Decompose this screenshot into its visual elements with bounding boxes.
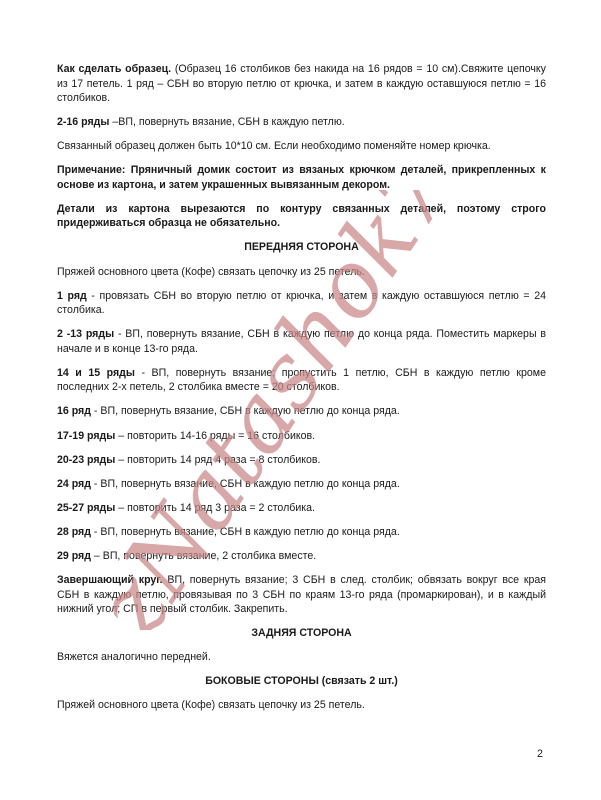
row-lead: 24 ряд bbox=[57, 478, 91, 490]
front-row: 28 ряд - ВП, повернуть вязание, СБН в ка… bbox=[57, 525, 546, 540]
front-row: 2 -13 ряды - ВП, повернуть вязание, СБН … bbox=[57, 327, 546, 356]
row-lead: 20-23 ряды bbox=[57, 454, 115, 466]
back-section-text: Вяжется аналогично передней. bbox=[57, 650, 546, 665]
row-lead: 17-19 ряды bbox=[57, 430, 115, 442]
row-lead: Завершающий круг. bbox=[57, 574, 163, 586]
row-text: - ВП, повернуть вязание, СБН в каждую пе… bbox=[57, 328, 546, 355]
page-number: 2 bbox=[537, 747, 543, 762]
front-row: 25-27 ряды – повторить 14 ряд 3 раза = 2… bbox=[57, 501, 546, 516]
row-text: – повторить 14 ряд 4 раза = 8 столбиков. bbox=[115, 454, 320, 466]
row-lead: 2 -13 ряды bbox=[57, 328, 114, 340]
row-lead: 25-27 ряды bbox=[57, 502, 115, 514]
rows-2-16-text: –ВП, повернуть вязание, СБН в каждую пет… bbox=[109, 116, 344, 128]
front-row: 29 ряд – ВП, повернуть вязание, 2 столби… bbox=[57, 549, 546, 564]
front-row: 20-23 ряды – повторить 14 ряд 4 раза = 8… bbox=[57, 453, 546, 468]
rows-2-16-lead: 2-16 ряды bbox=[57, 116, 109, 128]
row-lead: 16 ряд bbox=[57, 405, 91, 417]
front-row: 24 ряд - ВП, повернуть вязание, СБН в ка… bbox=[57, 477, 546, 492]
note-paragraph: Примечание: Пряничный домик состоит из в… bbox=[57, 163, 546, 192]
front-intro: Пряжей основного цвета (Кофе) связать це… bbox=[57, 265, 546, 280]
front-row: 16 ряд - ВП, повернуть вязание, СБН в ка… bbox=[57, 404, 546, 419]
row-text: - ВП, повернуть вязание, СБН в каждую пе… bbox=[91, 405, 400, 417]
front-row: 14 и 15 ряды - ВП, повернуть вязание; пр… bbox=[57, 366, 546, 395]
row-text: – повторить 14-16 ряды = 16 столбиков. bbox=[115, 430, 315, 442]
front-row: 17-19 ряды – повторить 14-16 ряды = 16 с… bbox=[57, 429, 546, 444]
row-lead: 29 ряд bbox=[57, 550, 91, 562]
front-section-heading: ПЕРЕДНЯЯ СТОРОНА bbox=[57, 240, 546, 255]
front-row: 1 ряд - провязать СБН во вторую петлю от… bbox=[57, 289, 546, 318]
rows-2-16-paragraph: 2-16 ряды –ВП, повернуть вязание, СБН в … bbox=[57, 115, 546, 130]
row-text: – ВП, повернуть вязание, 2 столбика вмес… bbox=[91, 550, 316, 562]
row-lead: 14 и 15 ряды bbox=[57, 367, 135, 379]
side-section-text: Пряжей основного цвета (Кофе) связать це… bbox=[57, 698, 546, 713]
row-lead: 1 ряд bbox=[57, 290, 87, 302]
row-text: - ВП, повернуть вязание, СБН в каждую пе… bbox=[91, 478, 400, 490]
row-text: - ВП, повернуть вязание, СБН в каждую пе… bbox=[91, 526, 400, 538]
sample-paragraph: Как сделать образец. (Образец 16 столбик… bbox=[57, 62, 546, 106]
page-content: Как сделать образец. (Образец 16 столбик… bbox=[57, 62, 546, 723]
back-section-heading: ЗАДНЯЯ СТОРОНА bbox=[57, 626, 546, 641]
sample-lead: Как сделать образец. bbox=[57, 63, 171, 75]
row-text: – повторить 14 ряд 3 раза = 2 столбика. bbox=[115, 502, 315, 514]
gauge-paragraph: Связанный образец должен быть 10*10 см. … bbox=[57, 139, 546, 154]
row-lead: 28 ряд bbox=[57, 526, 91, 538]
cardboard-paragraph: Детали из картона вырезаются по контуру … bbox=[57, 202, 546, 231]
side-section-heading: БОКОВЫЕ СТОРОНЫ (связать 2 шт.) bbox=[57, 674, 546, 689]
document-page: Как сделать образец. (Образец 16 столбик… bbox=[0, 0, 601, 800]
row-text: - провязать СБН во вторую петлю от крючк… bbox=[57, 290, 546, 317]
front-finishing-round: Завершающий круг. ВП, повернуть вязание;… bbox=[57, 573, 546, 617]
